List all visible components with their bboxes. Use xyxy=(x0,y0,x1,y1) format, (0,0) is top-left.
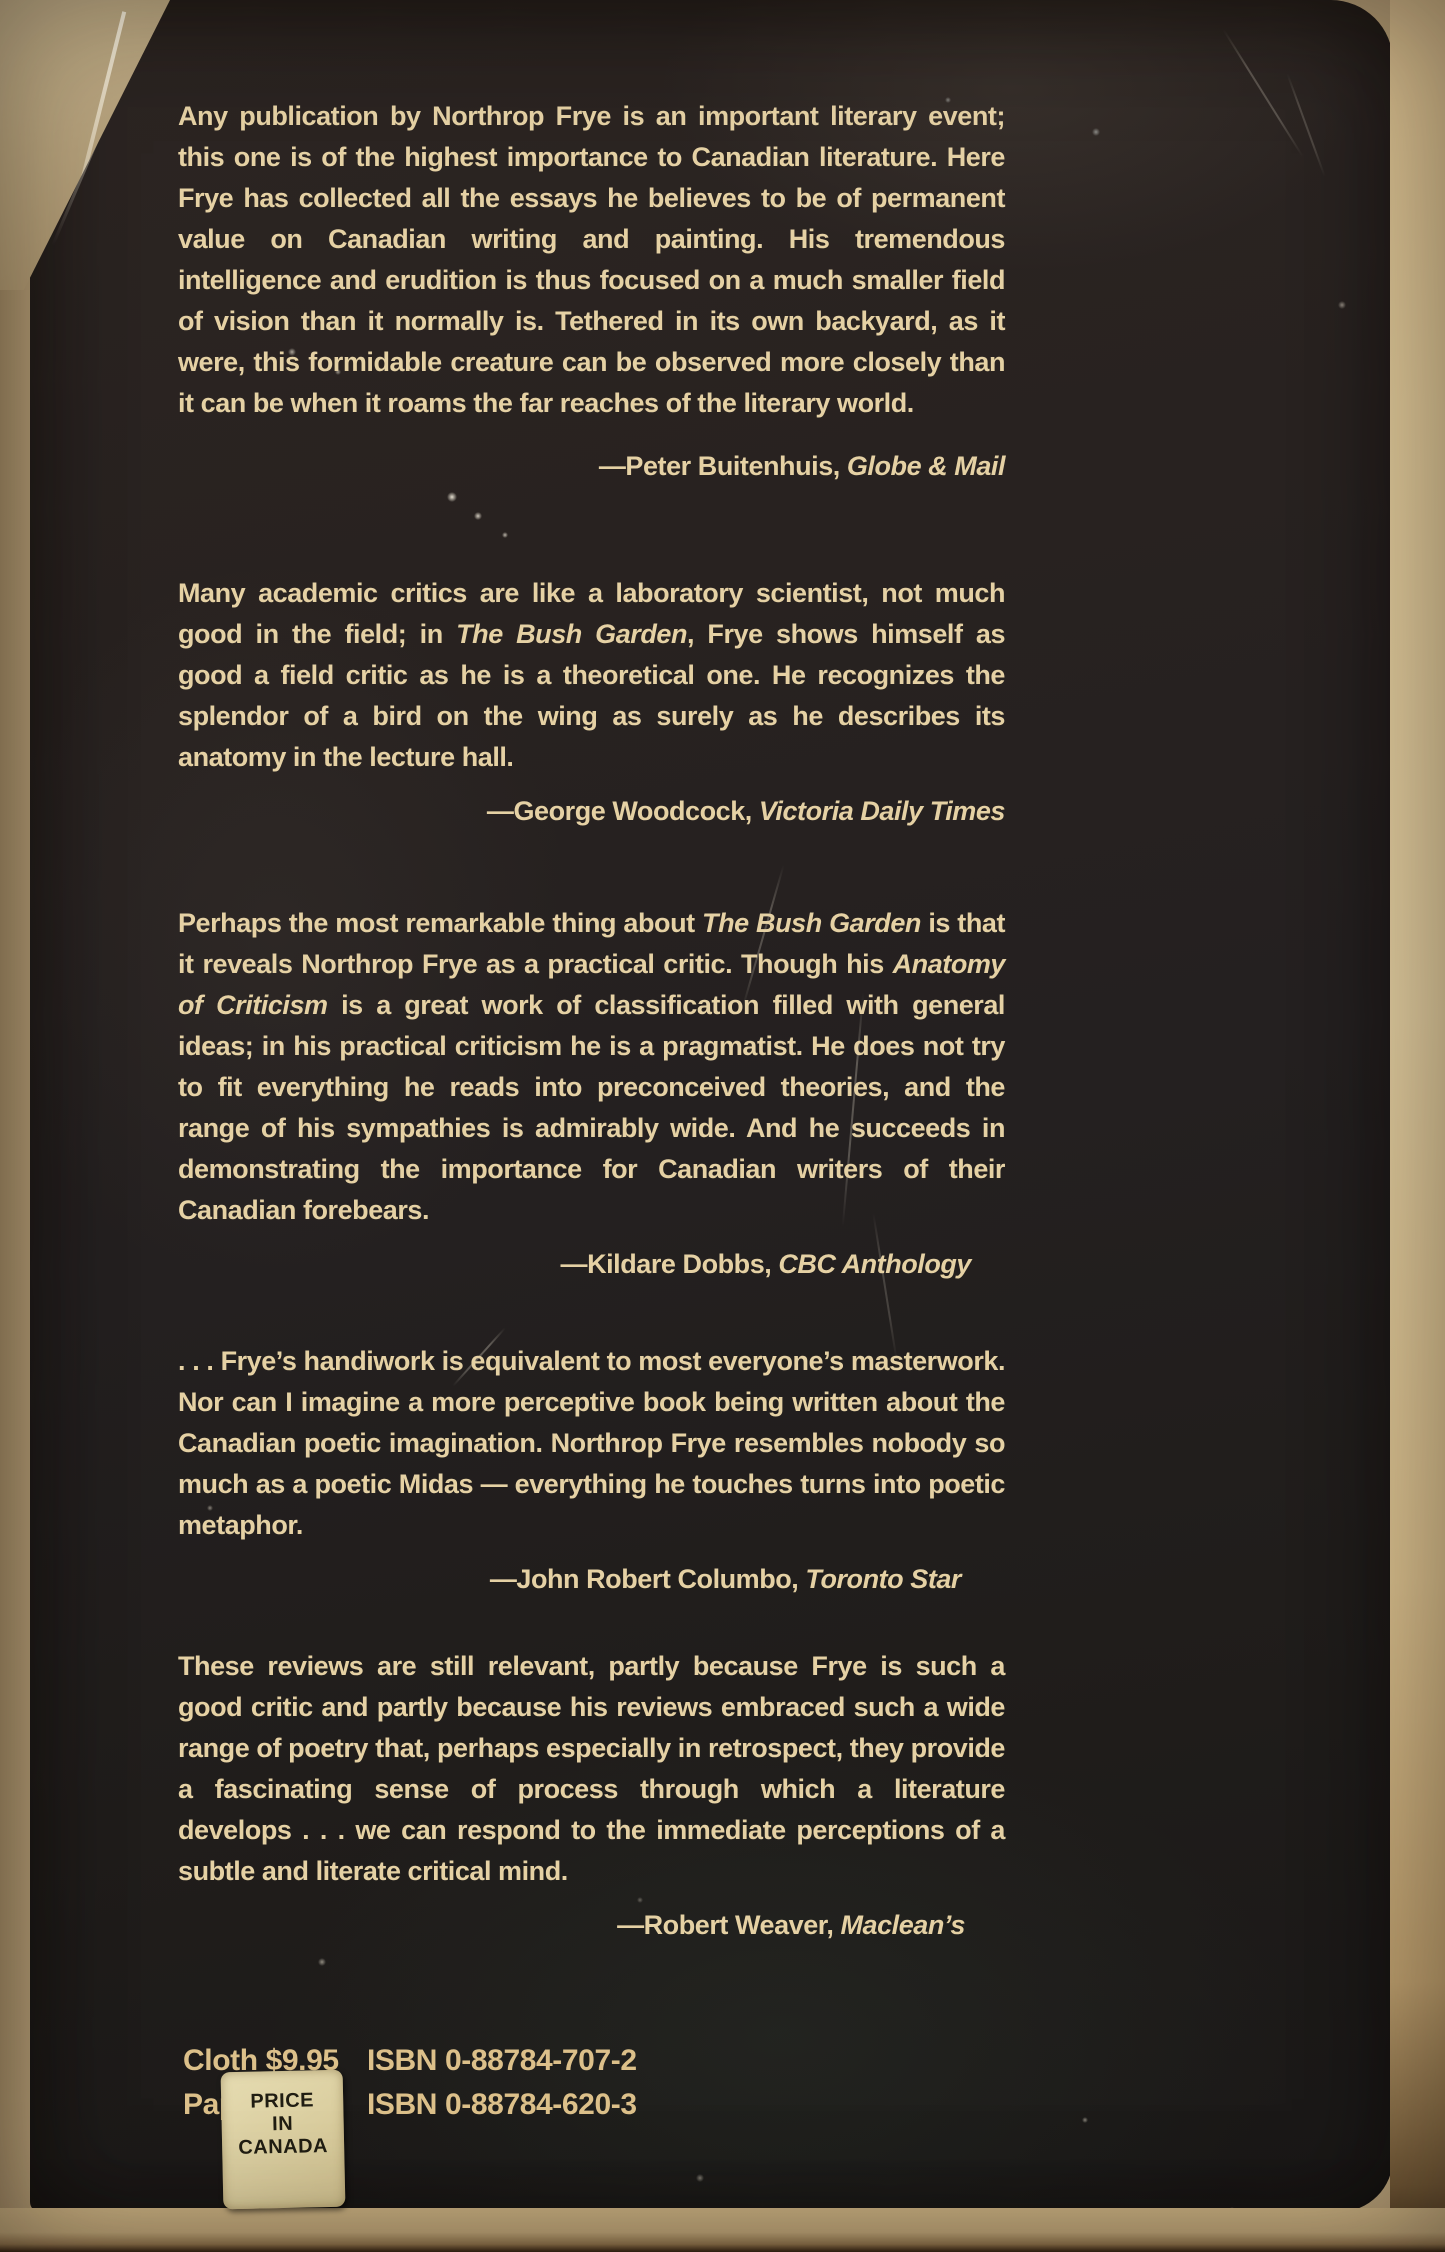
price-in-canada-sticker: PRICE IN CANADA xyxy=(221,2070,346,2210)
sticker-text: PRICE IN CANADA xyxy=(221,2089,344,2161)
review-quote-5: These reviews are still relevant, partly… xyxy=(178,1646,1005,1946)
quote-attribution: —George Woodcock, Victoria Daily Times xyxy=(178,791,1005,832)
quote-attribution: —Peter Buitenhuis, Globe & Mail xyxy=(178,446,1005,487)
review-quote-2: Many academic critics are like a laborat… xyxy=(178,573,1005,832)
paper-isbn: ISBN 0-88784-620-3 xyxy=(367,2088,637,2122)
review-quote-3: Perhaps the most remarkable thing about … xyxy=(178,903,1005,1285)
book-back-cover-photo: Any publication by Northrop Frye is an i… xyxy=(0,0,1445,2252)
quote-attribution: —Kildare Dobbs, CBC Anthology xyxy=(178,1244,1005,1285)
review-quote-4: . . . Frye’s handiwork is equivalent to … xyxy=(178,1341,1005,1600)
quote-attribution: —John Robert Columbo, Toronto Star xyxy=(178,1559,1005,1600)
quote-text: These reviews are still relevant, partly… xyxy=(178,1646,1005,1892)
quote-text: Perhaps the most remarkable thing about … xyxy=(178,903,1005,1231)
review-quote-1: Any publication by Northrop Frye is an i… xyxy=(178,96,1005,487)
table-surface-band xyxy=(0,2208,1445,2252)
quote-attribution: —Robert Weaver, Maclean’s xyxy=(178,1905,1005,1946)
page-edge-strip xyxy=(1390,0,1445,2252)
quote-text: Any publication by Northrop Frye is an i… xyxy=(178,96,1005,424)
cloth-isbn: ISBN 0-88784-707-2 xyxy=(367,2044,637,2078)
quote-text: Many academic critics are like a laborat… xyxy=(178,573,1005,778)
quote-text: . . . Frye’s handiwork is equivalent to … xyxy=(178,1341,1005,1546)
